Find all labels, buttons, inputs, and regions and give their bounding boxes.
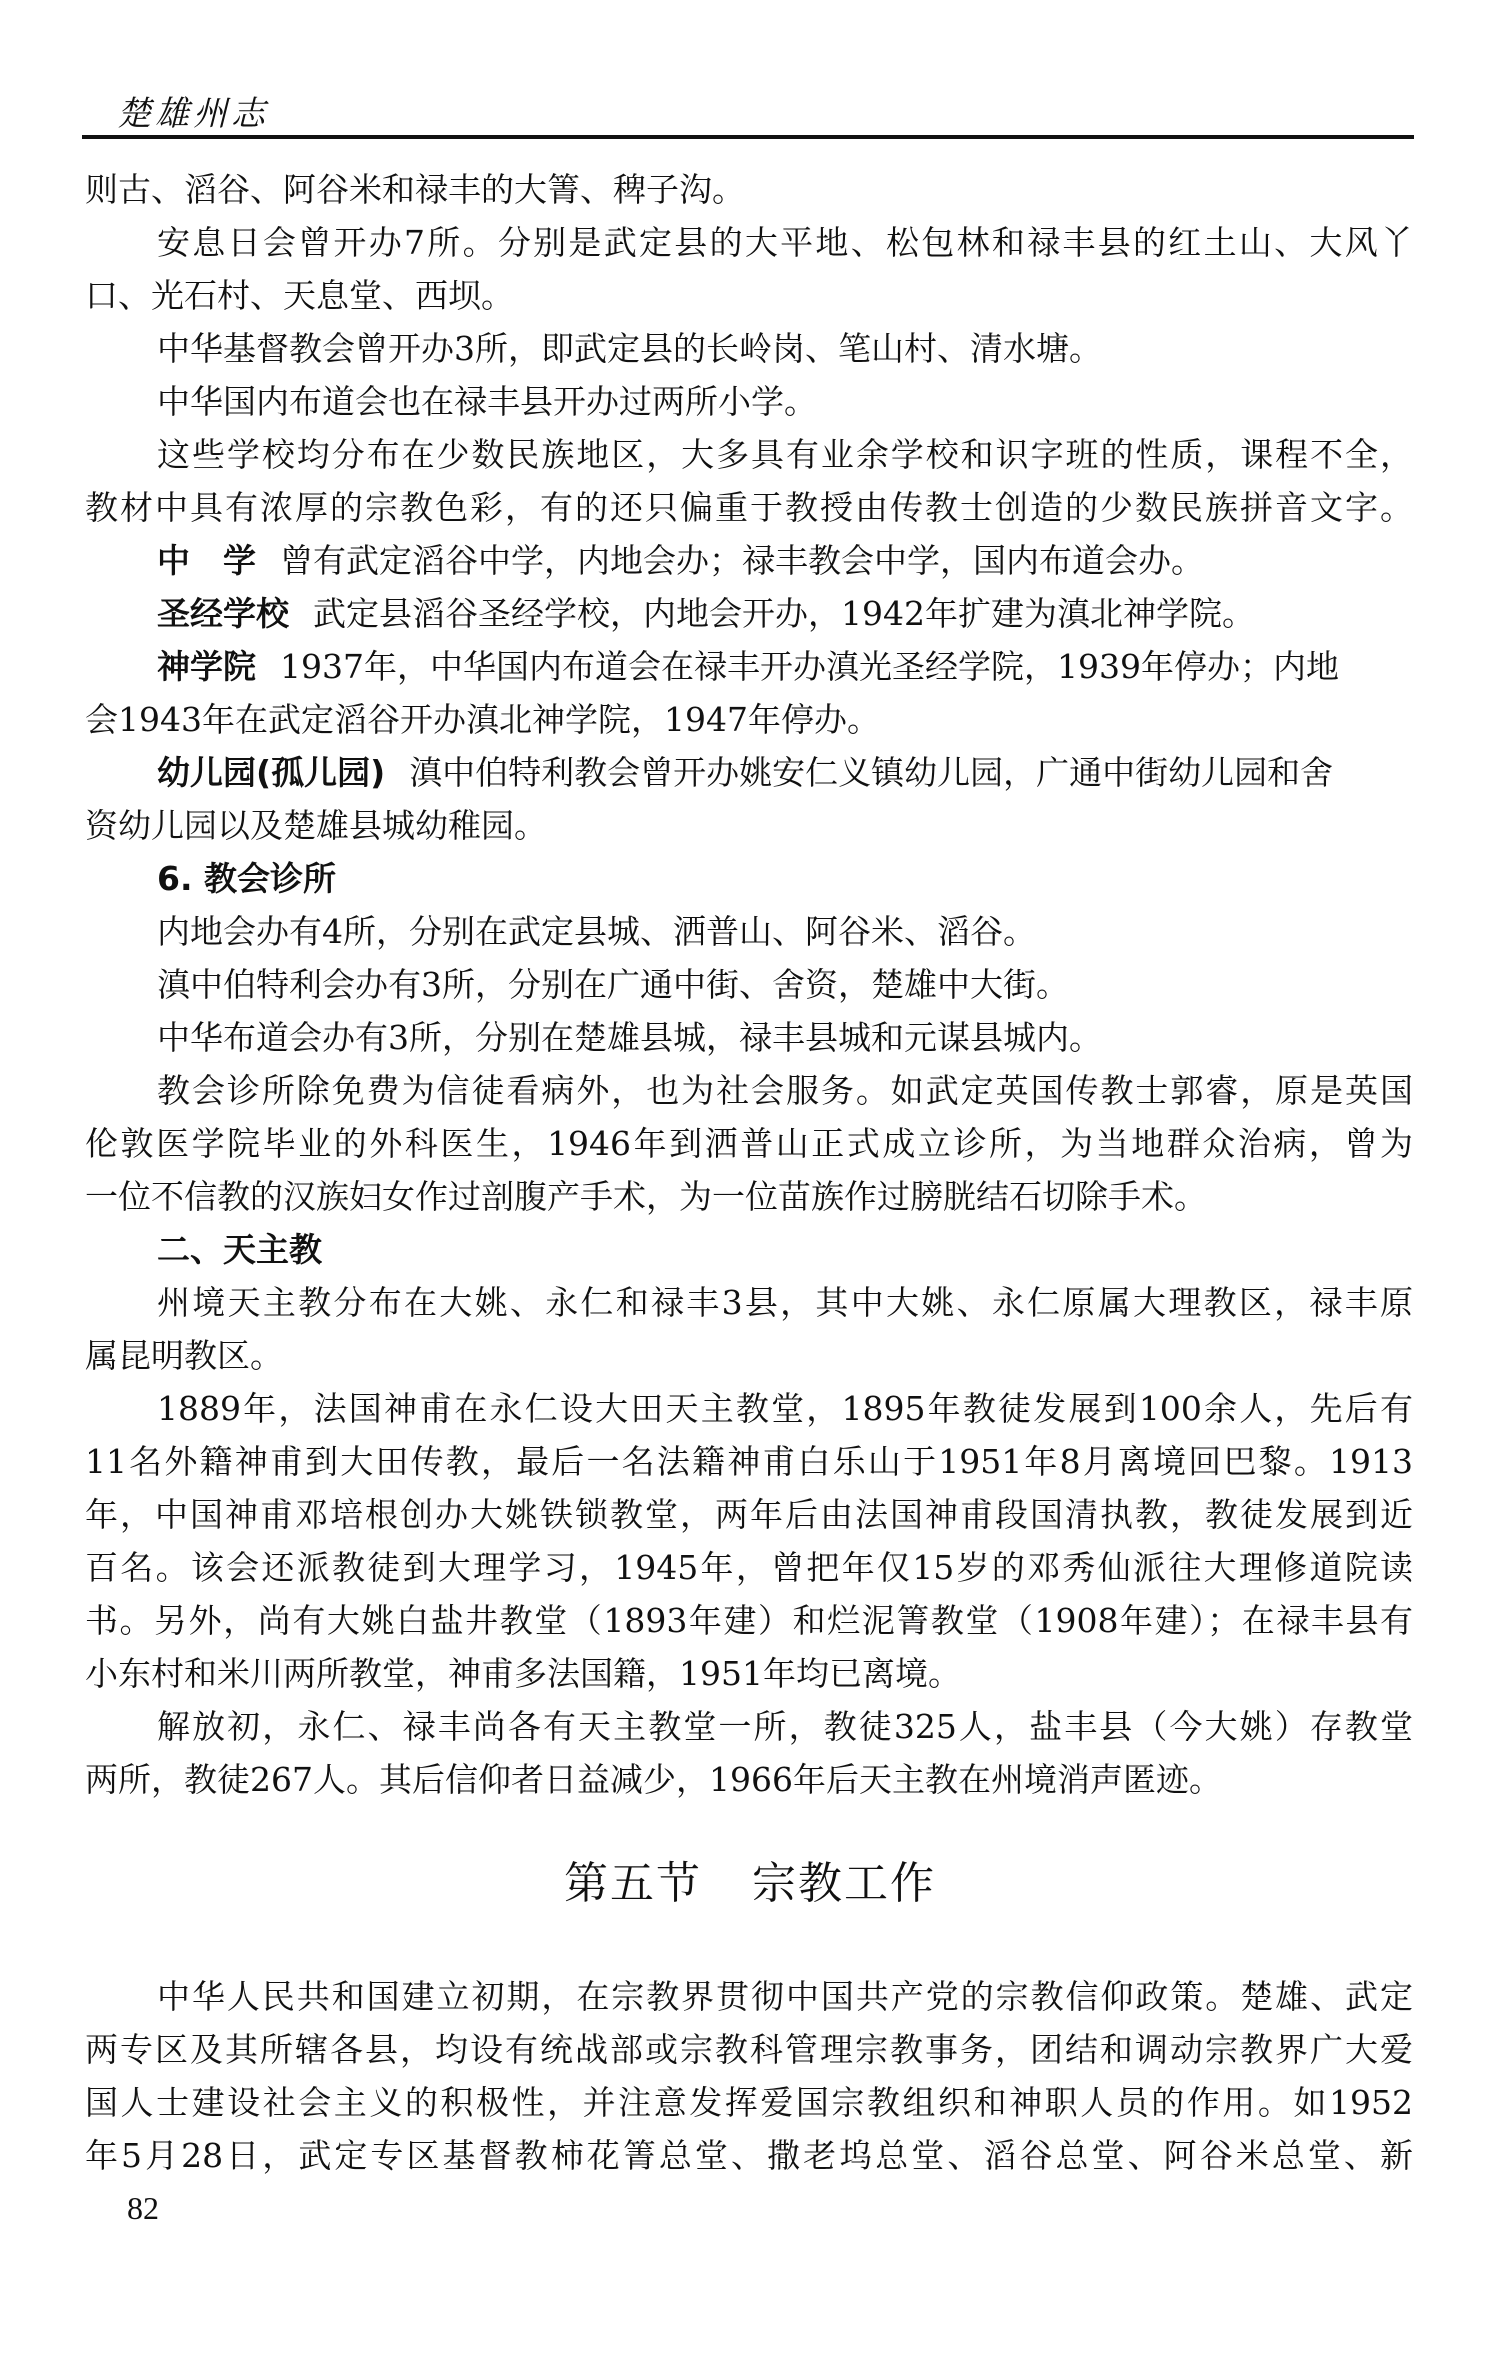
- entry-middle-school: 中 学曾有武定滔谷中学，内地会办；禄丰教会中学，国内布道会办。: [157, 534, 1413, 587]
- text-line: 资幼儿园以及楚雄县城幼稚园。: [85, 799, 1413, 852]
- text-line: 会1943年在武定滔谷开办滇北神学院，1947年停办。: [85, 693, 1413, 746]
- text-line: 国人士建设社会主义的积极性，并注意发挥爱国宗教组织和神职人员的作用。如1952: [85, 2076, 1413, 2129]
- text-line: 州境天主教分布在大姚、永仁和禄丰3县，其中大姚、永仁原属大理教区，禄丰原: [157, 1276, 1413, 1329]
- running-head: 楚雄州志: [117, 86, 269, 135]
- entry-label: 幼儿园(孤儿园): [157, 753, 385, 792]
- entry-label: 中 学: [157, 541, 256, 580]
- text-line: 教材中具有浓厚的宗教色彩，有的还只偏重于教授由传教士创造的少数民族拼音文字。: [85, 481, 1413, 534]
- text-line: 中华布道会办有3所，分别在楚雄县城，禄丰县城和元谋县城内。: [157, 1011, 1413, 1064]
- entry-text: 武定县滔谷圣经学校，内地会开办，1942年扩建为滇北神学院。: [313, 594, 1255, 633]
- page-number: 82: [127, 2190, 159, 2226]
- text-line: 中华国内布道会也在禄丰县开办过两所小学。: [157, 375, 1413, 428]
- text-line: 属昆明教区。: [85, 1329, 1413, 1382]
- subsection-heading-clinics: 6. 教会诊所: [157, 852, 1413, 905]
- text-line: 内地会办有4所，分别在武定县城、洒普山、阿谷米、滔谷。: [157, 905, 1413, 958]
- entry-text: 滇中伯特利教会曾开办姚安仁义镇幼儿园，广通中街幼儿园和舍: [409, 753, 1333, 792]
- text-line: 解放初，永仁、禄丰尚各有天主教堂一所，教徒325人，盐丰县（今大姚）存教堂: [157, 1700, 1413, 1753]
- header-rule: [82, 135, 1414, 139]
- entry-seminary: 神学院1937年，中华国内布道会在禄丰开办滇光圣经学院，1939年停办；内地: [157, 640, 1413, 693]
- text-line: 年5月28日，武定专区基督教柿花箐总堂、撒老坞总堂、滔谷总堂、阿谷米总堂、新: [85, 2129, 1413, 2182]
- section-name: 宗教工作: [752, 1858, 936, 1909]
- entry-kindergarten: 幼儿园(孤儿园)滇中伯特利教会曾开办姚安仁义镇幼儿园，广通中街幼儿园和舍: [157, 746, 1413, 799]
- section-number: 第五节: [564, 1858, 702, 1909]
- text-line: 中华人民共和国建立初期，在宗教界贯彻中国共产党的宗教信仰政策。楚雄、武定: [157, 1970, 1413, 2023]
- text-line: 年，中国神甫邓培根创办大姚铁锁教堂，两年后由法国神甫段国清执教，教徒发展到近: [85, 1488, 1413, 1541]
- section-title: 第五节宗教工作: [0, 1856, 1500, 1912]
- text-line: 一位不信教的汉族妇女作过剖腹产手术，为一位苗族作过膀胱结石切除手术。: [85, 1170, 1413, 1223]
- text-line: 百名。该会还派教徒到大理学习，1945年，曾把年仅15岁的邓秀仙派往大理修道院读: [85, 1541, 1413, 1594]
- entry-label: 神学院: [157, 647, 256, 686]
- text-line: 安息日会曾开办7所。分别是武定县的大平地、松包林和禄丰县的红土山、大风丫: [157, 216, 1413, 269]
- text-line: 中华基督教会曾开办3所，即武定县的长岭岗、笔山村、清水塘。: [157, 322, 1413, 375]
- text-line: 两专区及其所辖各县，均设有统战部或宗教科管理宗教事务，团结和调动宗教界广大爱: [85, 2023, 1413, 2076]
- text-line: 这些学校均分布在少数民族地区，大多具有业余学校和识字班的性质，课程不全，: [157, 428, 1413, 481]
- subsection-heading-catholicism: 二、天主教: [157, 1223, 1413, 1276]
- text-line: 两所，教徒267人。其后信仰者日益减少，1966年后天主教在州境消声匿迹。: [85, 1753, 1413, 1806]
- text-line: 则古、滔谷、阿谷米和禄丰的大箐、稗子沟。: [85, 163, 1413, 216]
- text-line: 口、光石村、天息堂、西坝。: [85, 269, 1413, 322]
- entry-bible-school: 圣经学校武定县滔谷圣经学校，内地会开办，1942年扩建为滇北神学院。: [157, 587, 1413, 640]
- entry-text: 曾有武定滔谷中学，内地会办；禄丰教会中学，国内布道会办。: [280, 541, 1204, 580]
- entry-text: 1937年，中华国内布道会在禄丰开办滇光圣经学院，1939年停办；内地: [280, 647, 1339, 686]
- text-line: 书。另外，尚有大姚白盐井教堂（1893年建）和烂泥箐教堂（1908年建）；在禄丰…: [85, 1594, 1413, 1647]
- text-line: 教会诊所除免费为信徒看病外，也为社会服务。如武定英国传教士郭睿，原是英国: [157, 1064, 1413, 1117]
- text-line: 1889年，法国神甫在永仁设大田天主教堂，1895年教徒发展到100余人，先后有: [157, 1382, 1413, 1435]
- text-line: 11名外籍神甫到大田传教，最后一名法籍神甫白乐山于1951年8月离境回巴黎。19…: [85, 1435, 1413, 1488]
- entry-label: 圣经学校: [157, 594, 289, 633]
- text-line: 伦敦医学院毕业的外科医生，1946年到洒普山正式成立诊所，为当地群众治病，曾为: [85, 1117, 1413, 1170]
- text-line: 滇中伯特利会办有3所，分别在广通中街、舍资，楚雄中大街。: [157, 958, 1413, 1011]
- text-line: 小东村和米川两所教堂，神甫多法国籍，1951年均已离境。: [85, 1647, 1413, 1700]
